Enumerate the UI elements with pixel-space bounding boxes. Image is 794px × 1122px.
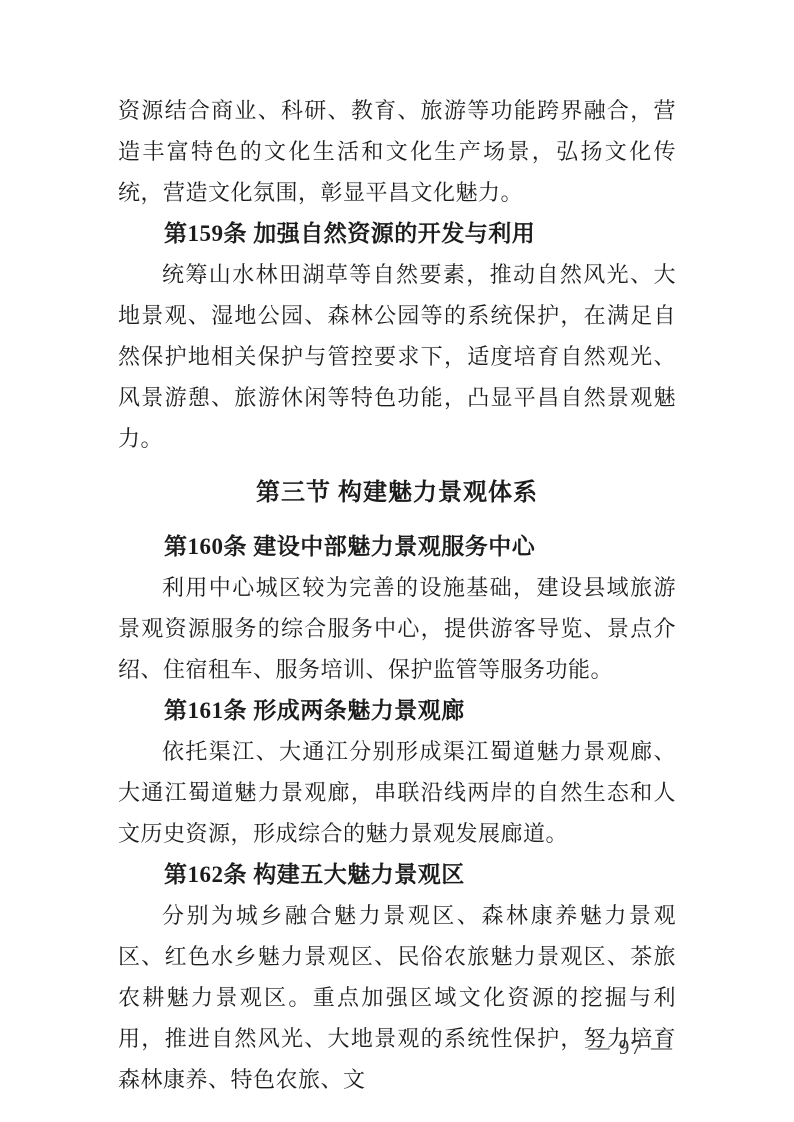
- paragraph: 统筹山水林田湖草等自然要素，推动自然风光、大地景观、湿地公园、森林公园等的系统保…: [118, 254, 676, 459]
- document-page: 资源结合商业、科研、教育、旅游等功能跨界融合，营造丰富特色的文化生活和文化生产场…: [0, 0, 794, 1122]
- article-heading: 第160条 建设中部魅力景观服务中心: [118, 526, 676, 567]
- article-heading: 第159条 加强自然资源的开发与利用: [118, 213, 676, 254]
- section-heading: 第三节 构建魅力景观体系: [118, 473, 676, 514]
- article-heading: 第161条 形成两条魅力景观廊: [118, 690, 676, 731]
- page-number: — 97 —: [589, 1035, 675, 1059]
- paragraph: 分别为城乡融合魅力景观区、森林康养魅力景观区、红色水乡魅力景观区、民俗农旅魅力景…: [118, 895, 676, 1100]
- article-heading: 第162条 构建五大魅力景观区: [118, 854, 676, 895]
- paragraph: 利用中心城区较为完善的设施基础，建设县域旅游景观资源服务的综合服务中心，提供游客…: [118, 567, 676, 690]
- page-footer: — 97 —: [589, 1034, 675, 1060]
- paragraph: 依托渠江、大通江分别形成渠江蜀道魅力景观廊、大通江蜀道魅力景观廊，串联沿线两岸的…: [118, 731, 676, 854]
- document-content: 资源结合商业、科研、教育、旅游等功能跨界融合，营造丰富特色的文化生活和文化生产场…: [118, 90, 676, 1100]
- paragraph: 资源结合商业、科研、教育、旅游等功能跨界融合，营造丰富特色的文化生活和文化生产场…: [118, 90, 676, 213]
